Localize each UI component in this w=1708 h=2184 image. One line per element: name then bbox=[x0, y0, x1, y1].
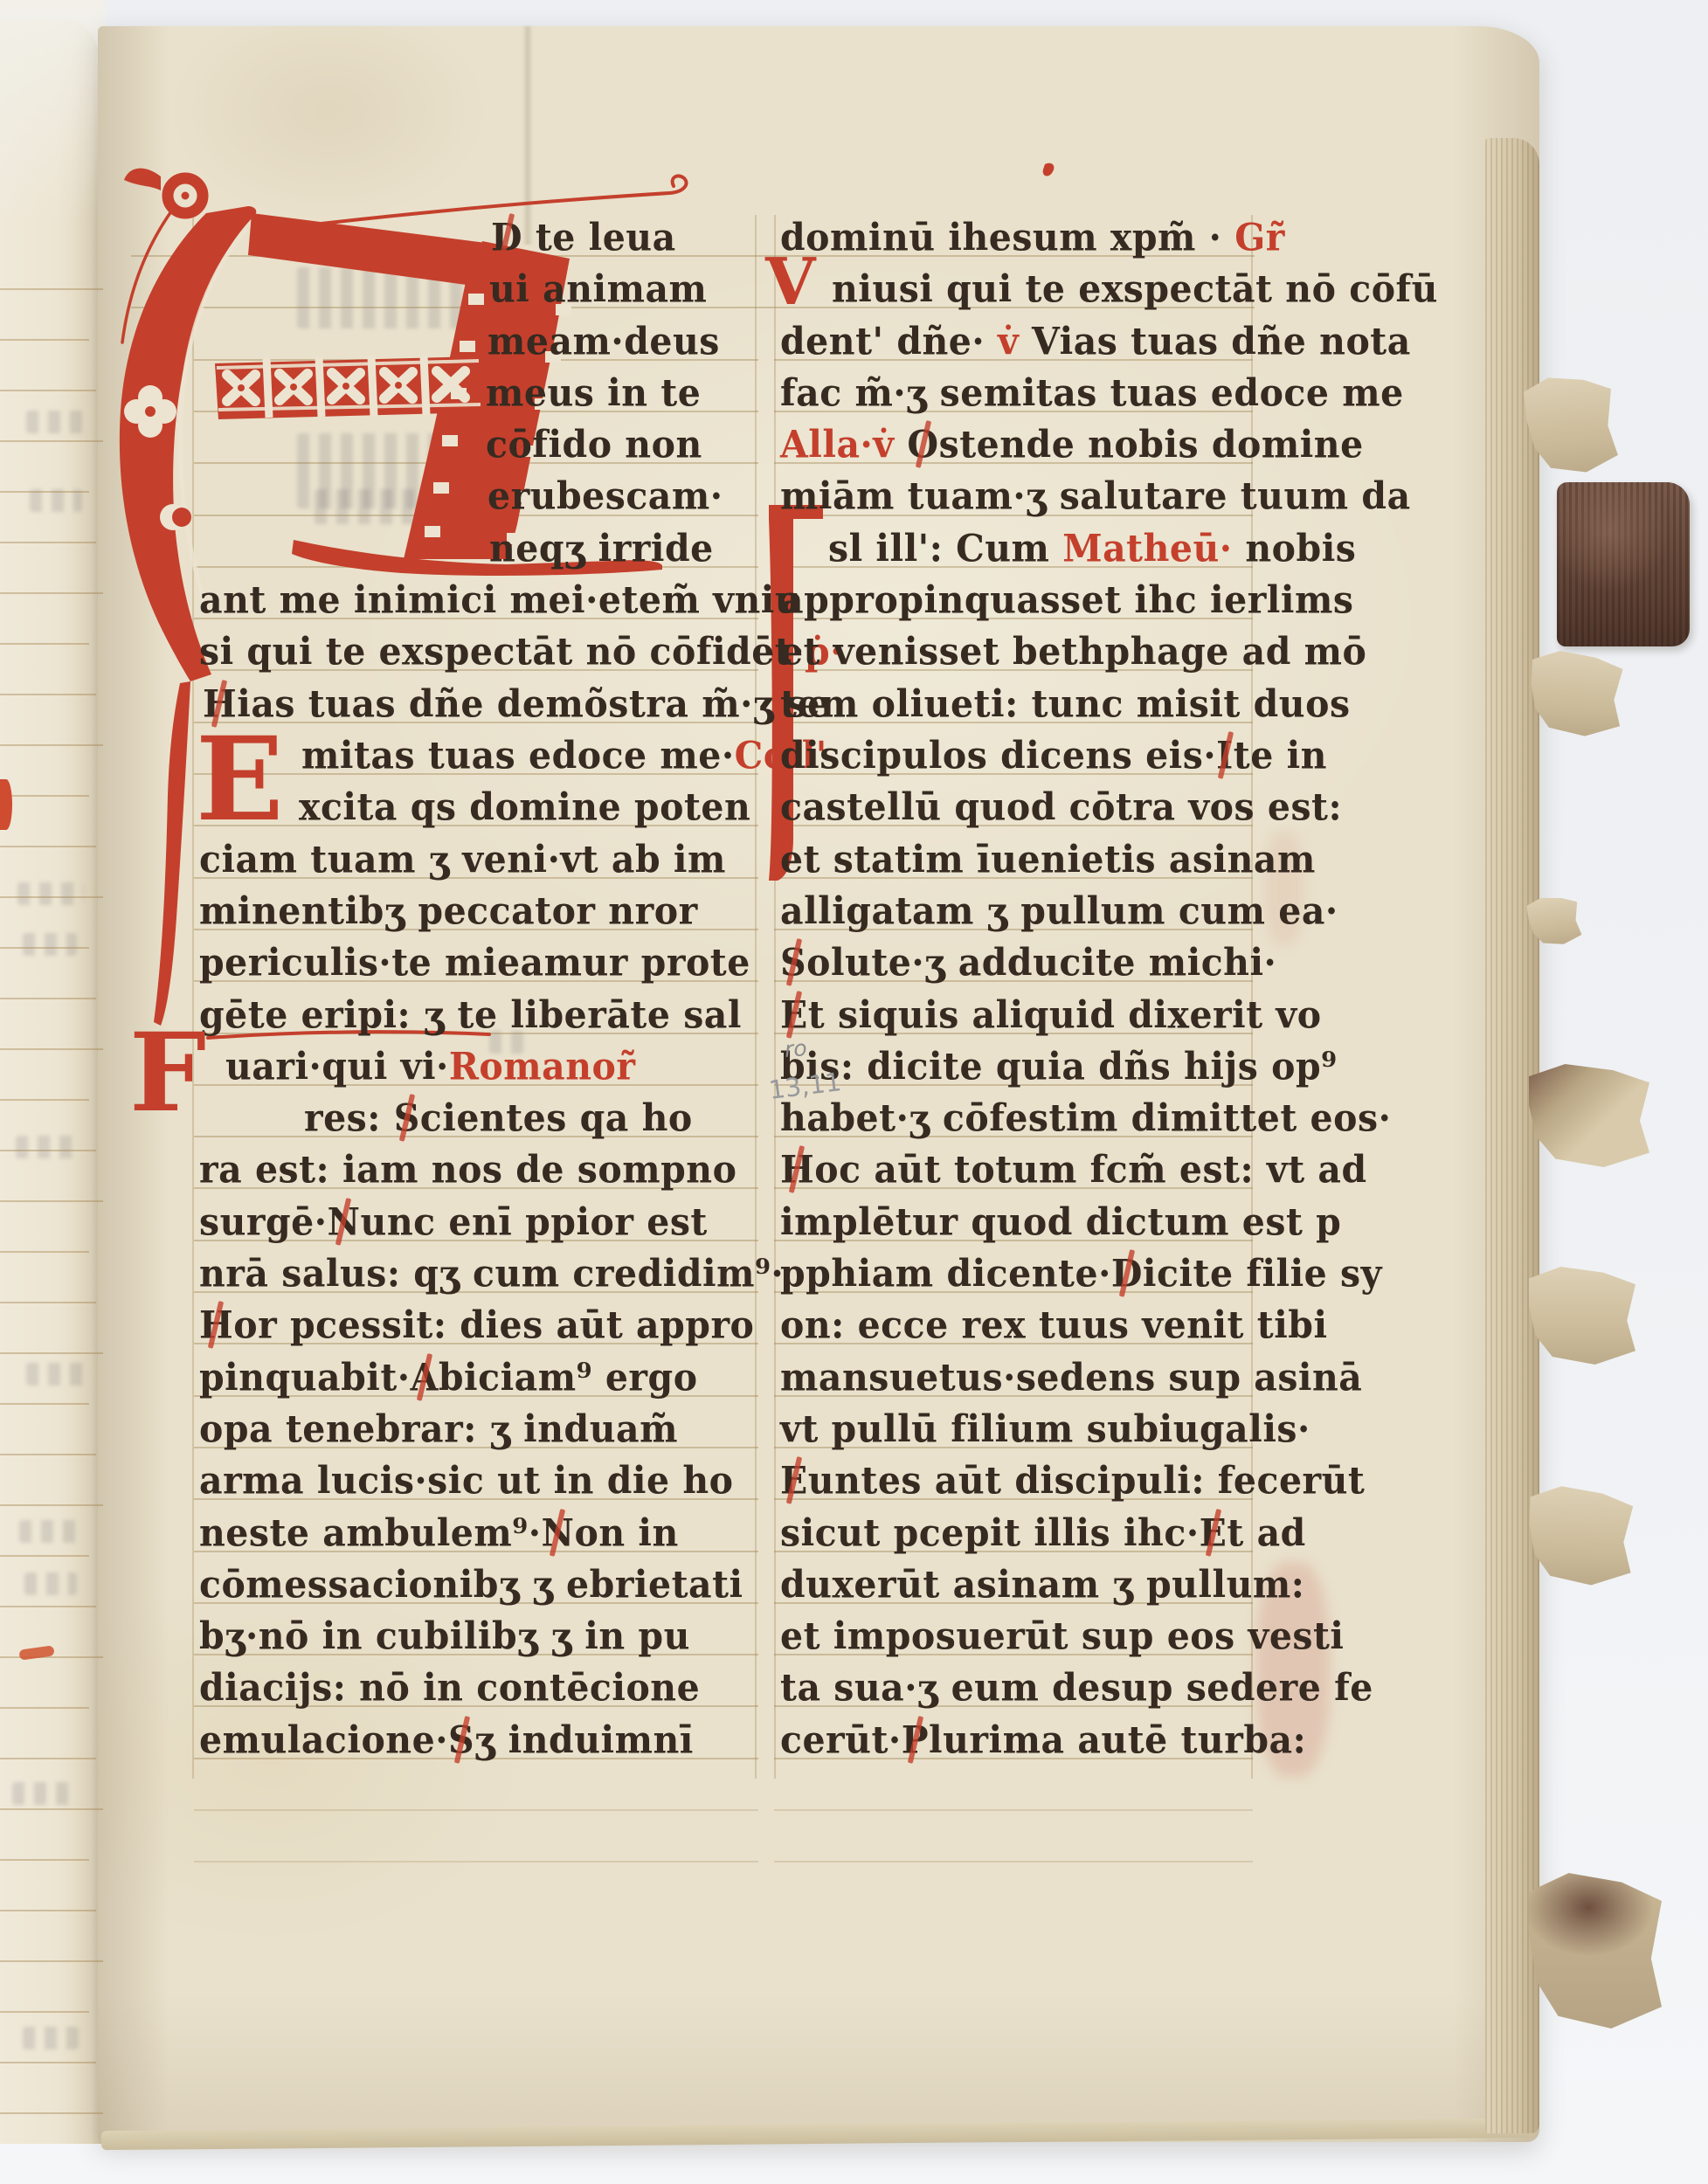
ruling-line bbox=[0, 288, 103, 290]
blackletter-text: diacijs: nō in contēcione bbox=[199, 1665, 700, 1710]
manuscript-text-line: implētur quod dictum est p bbox=[780, 1199, 1341, 1244]
manuscript-text-line: tem oliueti: tunc misit duos bbox=[780, 681, 1351, 726]
manuscript-text-line: erubescam· bbox=[488, 473, 723, 518]
ruling-line bbox=[0, 896, 103, 898]
ruling-line bbox=[0, 1048, 103, 1050]
blackletter-text: E bbox=[780, 992, 808, 1037]
manuscript-text-line: Et siquis aliquid dixerit vo bbox=[780, 992, 1322, 1037]
manuscript-text-line: miām tuam·ʒ salutare tuum da bbox=[780, 473, 1411, 518]
ruling-line bbox=[0, 2112, 103, 2114]
manuscript-text-line: bis: dicite quia dñs hijs op⁹ bbox=[780, 1044, 1338, 1089]
manuscript-text-line: pinquabit·Abiciam⁹ ergo bbox=[199, 1355, 698, 1400]
blackletter-text: gēte eripi: ʒ te liberāte sal bbox=[199, 992, 742, 1037]
manuscript-text-line: appropinquasset ihc ierlims bbox=[780, 577, 1353, 622]
manuscript-text-line: surgē·Nunc enī ppior est bbox=[199, 1199, 708, 1244]
manuscript-text-line: Alla·v̇ Ostende nobis domine bbox=[780, 422, 1364, 467]
ruling-line bbox=[0, 1302, 96, 1303]
blackletter-text: te leua bbox=[522, 215, 676, 259]
blackletter-text: S bbox=[448, 1717, 474, 1762]
blackletter-text: implētur quod dictum est p bbox=[780, 1199, 1341, 1244]
blackletter-text: S bbox=[780, 940, 806, 985]
ruling-line bbox=[0, 1251, 89, 1253]
manuscript-text-line: neste ambulem⁹·Non in bbox=[199, 1510, 679, 1555]
ruling-line bbox=[0, 947, 89, 949]
blackletter-text: et venisset bethphage ad mō bbox=[780, 629, 1366, 674]
blackletter-text: ʒ induimnī bbox=[474, 1717, 694, 1762]
ruling-line bbox=[0, 795, 89, 797]
blackletter-text: cientes qa ho bbox=[420, 1095, 693, 1140]
ruling-line bbox=[0, 592, 103, 594]
ruling-line bbox=[0, 440, 103, 442]
blackletter-text: on: ecce rex tuus venit tibi bbox=[780, 1303, 1328, 1347]
blackletter-text: niusi qui te exspectāt nō cōfū bbox=[832, 266, 1438, 311]
manuscript-text-line: sl ill': Cum Matheū· nobis bbox=[828, 526, 1356, 570]
manuscript-text-line: discipulos dicens eis·Ite in bbox=[780, 733, 1327, 778]
ruling-line bbox=[0, 1910, 96, 1911]
blackletter-text: D bbox=[1111, 1251, 1143, 1296]
manuscript-text-line: res: Scientes qa ho bbox=[304, 1095, 693, 1140]
manuscript-text-line: habet·ʒ cōfestim dimittet eos· bbox=[780, 1095, 1391, 1140]
blackletter-text: castellū quod cōtra vos est: bbox=[780, 784, 1342, 829]
blackletter-text: vt pullū filium subiugalis· bbox=[780, 1406, 1310, 1451]
ruling-line bbox=[0, 542, 96, 543]
blackletter-text: biciam⁹ ergo bbox=[439, 1355, 698, 1400]
blackletter-text: or pcessit: dies aūt appro bbox=[233, 1303, 754, 1347]
blackletter-text: D bbox=[491, 215, 522, 259]
blackletter-text: E bbox=[780, 1458, 808, 1503]
blackletter-text: ra est: iam nos de sompno bbox=[199, 1147, 736, 1192]
blackletter-text: arma lucis·sic ut in die ho bbox=[199, 1458, 734, 1503]
illuminated-initial-F: F bbox=[129, 1027, 206, 1121]
blackletter-text: emulacione· bbox=[199, 1717, 448, 1762]
manuscript-text-line: dominū ihesum xpm̃ · Gr̃ bbox=[780, 215, 1285, 259]
ruling-line bbox=[0, 1150, 96, 1151]
blackletter-text: E bbox=[1200, 1510, 1227, 1555]
manuscript-text-line: ra est: iam nos de sompno bbox=[199, 1147, 736, 1192]
red-ink-speck bbox=[0, 779, 12, 830]
manuscript-text-line: ui animam bbox=[489, 266, 707, 311]
blackletter-text: erubescam· bbox=[488, 473, 723, 518]
manuscript-text-line: Hias tuas dñe demõstra m̃·ʒ se bbox=[203, 681, 831, 726]
manuscript-text-line: fac m̃·ʒ semitas tuas edoce me bbox=[780, 370, 1404, 415]
manuscript-text-line: et venisset bethphage ad mō bbox=[780, 629, 1366, 674]
ruling-line bbox=[0, 1656, 103, 1658]
ruling-line bbox=[0, 1707, 89, 1709]
ruling-line bbox=[0, 1504, 103, 1506]
manuscript-text-line: ta sua·ʒ eum desup sedere fe bbox=[780, 1665, 1373, 1710]
blackletter-text: surgē· bbox=[199, 1199, 328, 1244]
manuscript-text-line: alligatam ʒ pullum cum ea· bbox=[780, 888, 1338, 933]
manuscript-text-line: xcita qs domine poten bbox=[299, 784, 750, 829]
ruling-line bbox=[0, 339, 89, 341]
ruling-line bbox=[0, 998, 96, 999]
blackletter-text: et statim īuenietis asinam bbox=[780, 837, 1316, 881]
blackletter-text: N bbox=[328, 1199, 361, 1244]
blackletter-text: et imposuerūt sup eos vesti bbox=[780, 1614, 1345, 1658]
ruling-line bbox=[755, 215, 757, 1779]
blackletter-text: discipulos dicens eis· bbox=[780, 733, 1216, 778]
ruling-line bbox=[0, 2062, 96, 2063]
blackletter-text: icite filie sy bbox=[1143, 1251, 1382, 1296]
blackletter-text: tem oliueti: tunc misit duos bbox=[780, 681, 1351, 726]
manuscript-text-line: pphiam dicente·Dicite filie sy bbox=[780, 1251, 1382, 1296]
ruling-line bbox=[0, 1960, 103, 1962]
ruling-line bbox=[0, 1200, 103, 1202]
manuscript-text-line: cerūt·Plurima autē turba: bbox=[780, 1717, 1306, 1762]
ruling-line bbox=[0, 643, 89, 645]
ruling-line bbox=[192, 215, 194, 1779]
manuscript-text-line: Hor pcessit: dies aūt appro bbox=[199, 1303, 754, 1347]
manuscript-text-line: cōmessacionibʒ ʒ ebrietati bbox=[199, 1562, 743, 1607]
blackletter-text: cerūt· bbox=[780, 1717, 902, 1762]
blackletter-text: H bbox=[199, 1303, 233, 1347]
manuscript-text-line: D te leua bbox=[491, 215, 676, 259]
illuminated-initial-E: E bbox=[196, 730, 284, 830]
blackletter-text: duxerūt asinam ʒ pullum: bbox=[780, 1562, 1304, 1607]
blackletter-text: I bbox=[1216, 733, 1234, 778]
manuscript-text-line: Solute·ʒ adducite michi· bbox=[780, 940, 1276, 985]
manuscript-text-line: arma lucis·sic ut in die ho bbox=[199, 1458, 734, 1503]
ruling-line bbox=[0, 491, 89, 493]
ruling-line bbox=[0, 2011, 89, 2013]
blackletter-text: cōmessacionibʒ ʒ ebrietati bbox=[199, 1562, 743, 1607]
manuscript-text-line: et imposuerūt sup eos vesti bbox=[780, 1614, 1345, 1658]
ruling-line bbox=[194, 1861, 758, 1863]
manuscript-text-line: meam·deus bbox=[488, 319, 720, 363]
blackletter-text: periculis·te mieamur prote bbox=[199, 940, 750, 985]
blackletter-text: minentibʒ peccator nror bbox=[199, 888, 698, 933]
ruling-line bbox=[774, 215, 776, 1779]
manuscript-text-line: duxerūt asinam ʒ pullum: bbox=[780, 1562, 1304, 1607]
ruling-line bbox=[0, 1099, 89, 1101]
blackletter-text: ant me inimici mei·etem̃ vniu bbox=[199, 577, 801, 622]
blackletter-text: nobis bbox=[1233, 526, 1357, 570]
blackletter-text: opa tenebrar: ʒ induam̃ bbox=[199, 1406, 678, 1451]
blackletter-text: cōfido non bbox=[486, 422, 702, 467]
ruling-line bbox=[0, 744, 103, 746]
blackletter-text: te in bbox=[1234, 733, 1327, 778]
rubric-red-text: Matheū· bbox=[1062, 526, 1232, 570]
manuscript-text-line: minentibʒ peccator nror bbox=[199, 888, 698, 933]
blackletter-text: A bbox=[411, 1355, 439, 1400]
blackletter-text: ui animam bbox=[489, 266, 707, 311]
blackletter-text: bʒ·nō in cubilibʒ ʒ in pu bbox=[199, 1614, 690, 1658]
blackletter-text: t siquis aliquid dixerit vo bbox=[808, 992, 1322, 1037]
blackletter-text: on in bbox=[574, 1510, 678, 1555]
blackletter-text: sl ill': Cum bbox=[828, 526, 1062, 570]
ruling-line bbox=[0, 390, 96, 391]
blackletter-text: mitas tuas edoce me· bbox=[301, 733, 735, 778]
ruling-line bbox=[0, 1758, 96, 1759]
manuscript-text-line: sicut pcepit illis ihc·Et ad bbox=[780, 1510, 1306, 1555]
blackletter-text: dent' dñe· bbox=[780, 319, 998, 363]
blackletter-text: neste ambulem⁹· bbox=[199, 1510, 541, 1555]
blackletter-text: dominū ihesum xpm̃ · bbox=[780, 215, 1234, 259]
ruling-line bbox=[0, 1808, 103, 1810]
ruling-line bbox=[0, 846, 96, 847]
manuscript-text-line: mansuetus·sedens sup asinā bbox=[780, 1355, 1362, 1400]
rubric-red-text: Romanor̃ bbox=[449, 1044, 636, 1089]
blackletter-text: olute·ʒ adducite michi· bbox=[806, 940, 1276, 985]
ruling-line bbox=[774, 1809, 1253, 1811]
blackletter-text: O bbox=[907, 422, 938, 467]
pencil-marginal-note: ro bbox=[784, 1035, 808, 1062]
manuscript-text-line: bʒ·nō in cubilibʒ ʒ in pu bbox=[199, 1614, 690, 1658]
rubric-red-text: Gr̃ bbox=[1234, 215, 1285, 259]
blackletter-text: pinquabit· bbox=[199, 1355, 411, 1400]
blackletter-text: meus in te bbox=[486, 370, 701, 415]
blackletter-text: H bbox=[780, 1147, 814, 1192]
blackletter-text: appropinquasset ihc ierlims bbox=[780, 577, 1353, 622]
blackletter-text: t ad bbox=[1227, 1510, 1305, 1555]
rubric-red-text: Alla·v̇ bbox=[780, 422, 907, 467]
manuscript-photo: D te leuaui animammeam·deusmeus in tecōf… bbox=[0, 0, 1708, 2184]
blackletter-text: fac m̃·ʒ semitas tuas edoce me bbox=[780, 370, 1404, 415]
manuscript-text-line: meus in te bbox=[486, 370, 701, 415]
blackletter-text: unc enī ppior est bbox=[361, 1199, 708, 1244]
ruling-line bbox=[774, 1861, 1253, 1863]
blackletter-text: ta sua·ʒ eum desup sedere fe bbox=[780, 1665, 1373, 1710]
blackletter-text: habet·ʒ cōfestim dimittet eos· bbox=[780, 1095, 1391, 1140]
manuscript-text-line: si qui te exspectāt nō cōfidēt·ṗ· bbox=[199, 629, 843, 674]
blackletter-text: sicut pcepit illis ihc· bbox=[780, 1510, 1200, 1555]
blackletter-text: alligatam ʒ pullum cum ea· bbox=[780, 888, 1338, 933]
ruling-line bbox=[0, 1606, 96, 1607]
manuscript-text-line: emulacione·Sʒ induimnī bbox=[199, 1717, 694, 1762]
manuscript-text-line: uari·qui vi·Romanor̃ bbox=[225, 1044, 635, 1089]
manuscript-text-line: castellū quod cōtra vos est: bbox=[780, 784, 1342, 829]
blackletter-text: ias tuas dñe demõstra m̃·ʒ se bbox=[237, 681, 830, 726]
blackletter-text: stende nobis domine bbox=[939, 422, 1364, 467]
ruling-line bbox=[0, 1859, 89, 1861]
blackletter-text: bis: dicite quia dñs hijs op⁹ bbox=[780, 1044, 1338, 1089]
manuscript-text-line: ant me inimici mei·etem̃ vniu bbox=[199, 577, 801, 622]
ruling-line bbox=[0, 1555, 89, 1557]
blackletter-text: neqʒ irride bbox=[489, 526, 714, 570]
manuscript-text-line: opa tenebrar: ʒ induam̃ bbox=[199, 1406, 678, 1451]
blackletter-text: res: bbox=[304, 1095, 394, 1140]
manuscript-text-line: neqʒ irride bbox=[489, 526, 714, 570]
manuscript-text-line: periculis·te mieamur prote bbox=[199, 940, 750, 985]
manuscript-text-line: Euntes aūt discipuli: fecerūt bbox=[780, 1458, 1365, 1503]
ruling-line bbox=[0, 1352, 103, 1354]
blackletter-text: xcita qs domine poten bbox=[299, 784, 750, 829]
blackletter-text: S bbox=[394, 1095, 420, 1140]
blackletter-text: uari·qui vi· bbox=[225, 1044, 449, 1089]
blackletter-text: mansuetus·sedens sup asinā bbox=[780, 1355, 1362, 1400]
ruling-line bbox=[0, 1454, 96, 1455]
manuscript-text-line: diacijs: nō in contēcione bbox=[199, 1665, 700, 1710]
blackletter-text: N bbox=[541, 1510, 574, 1555]
blackletter-text: lurima autē turba: bbox=[929, 1717, 1306, 1762]
ruling-line bbox=[0, 1403, 89, 1405]
blackletter-text: Vias tuas dñe nota bbox=[1032, 319, 1411, 363]
illuminated-initial-V: V bbox=[765, 255, 815, 311]
ruling-line bbox=[0, 694, 96, 695]
manuscript-text-line: vt pullū filium subiugalis· bbox=[780, 1406, 1310, 1451]
manuscript-text-line: niusi qui te exspectāt nō cōfū bbox=[832, 266, 1438, 311]
ruling-line bbox=[194, 1809, 758, 1811]
blackletter-text: si qui te exspectāt nō cōfidēt· bbox=[199, 629, 805, 674]
manuscript-text-line: mitas tuas edoce me·Coll' bbox=[301, 733, 827, 778]
manuscript-text-line: nrā salus: qʒ cum credidim⁹· bbox=[199, 1251, 784, 1296]
blackletter-text: meam·deus bbox=[488, 319, 720, 363]
rubric-red-text: v̇ bbox=[998, 319, 1032, 363]
manuscript-text-line: dent' dñe· v̇ Vias tuas dñe nota bbox=[780, 319, 1411, 363]
blackletter-text: oc aūt totum fcm̃ est: vt ad bbox=[814, 1147, 1366, 1192]
manuscript-text-line: et statim īuenietis asinam bbox=[780, 837, 1316, 881]
manuscript-text-line: gēte eripi: ʒ te liberāte sal bbox=[199, 992, 742, 1037]
manuscript-text-line: on: ecce rex tuus venit tibi bbox=[780, 1303, 1328, 1347]
blackletter-text: miām tuam·ʒ salutare tuum da bbox=[780, 473, 1411, 518]
blackletter-text: untes aūt discipuli: fecerūt bbox=[808, 1458, 1366, 1503]
blackletter-text: pphiam dicente· bbox=[780, 1251, 1111, 1296]
blackletter-text: nrā salus: qʒ cum credidim⁹· bbox=[199, 1251, 784, 1296]
blackletter-text: P bbox=[902, 1717, 929, 1762]
manuscript-text-line: cōfido non bbox=[486, 422, 702, 467]
manuscript-text-line: Hoc aūt totum fcm̃ est: vt ad bbox=[780, 1147, 1367, 1192]
